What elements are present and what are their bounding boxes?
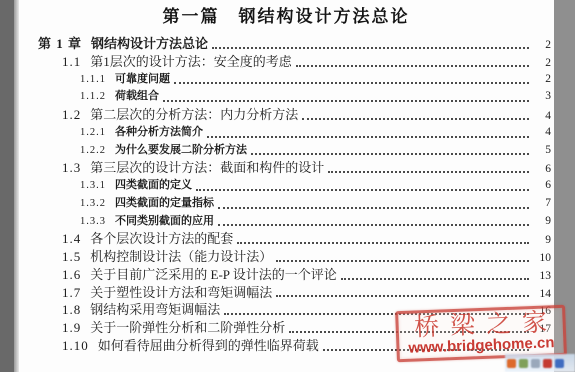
toc-entry-number: 1.2.2 bbox=[80, 142, 106, 160]
toc-entry-title: 不同类别截面的应用 bbox=[115, 213, 214, 231]
dotted-leader bbox=[276, 260, 529, 262]
toc-entry-title: 关于一阶弹性分析和二阶弹性分析 bbox=[90, 319, 285, 337]
toc-row: 1.2 第二层次的分析方法：内力分析方法 4 bbox=[19, 106, 553, 124]
fragment-icon bbox=[555, 359, 564, 368]
toc-entry-number: 1.1.1 bbox=[80, 71, 106, 89]
toc-entry-title: 四类截面的定量指标 bbox=[115, 195, 214, 213]
toc-entry-number: 1.2.1 bbox=[80, 124, 106, 142]
dotted-leader bbox=[251, 153, 529, 155]
toc-entry-title: 第1层次的设计方法：安全度的考虑 bbox=[90, 53, 292, 71]
toc-page-number: 4 bbox=[533, 124, 553, 142]
toc-page-number: 2 bbox=[533, 71, 553, 89]
toc-entry-title: 第三层次的设计方法：截面和构件的设计 bbox=[90, 159, 324, 177]
toc-row: 1.2.2 为什么要发展二阶分析方法 5 bbox=[19, 142, 553, 160]
toc-entry-number: 1.3.2 bbox=[80, 195, 106, 213]
toc-page-number: 10 bbox=[533, 250, 553, 268]
dotted-leader bbox=[237, 242, 529, 244]
dotted-leader bbox=[163, 100, 529, 102]
fragment-icon bbox=[507, 359, 516, 368]
dotted-leader bbox=[218, 207, 529, 209]
scan-border-left bbox=[0, 0, 14, 372]
toc-page-number: 14 bbox=[533, 286, 553, 304]
toc-entry-title: 机构控制设计法（能力设计法） bbox=[90, 248, 272, 266]
toc-page-number: 2 bbox=[533, 37, 553, 55]
toc-page-number: 9 bbox=[533, 232, 553, 250]
toc-row: 1.3.2 四类截面的定量指标 7 bbox=[19, 195, 553, 213]
dotted-leader bbox=[341, 278, 529, 280]
toc-page-number: 13 bbox=[533, 268, 553, 286]
toc-entry-number: 第 1 章 bbox=[38, 35, 82, 53]
dotted-leader bbox=[218, 224, 529, 226]
toc-entry-title: 关于目前广泛采用的 E-P 设计法的一个评论 bbox=[90, 266, 337, 284]
dotted-leader bbox=[196, 189, 529, 191]
toc-entry-number: 1.2 bbox=[62, 106, 81, 124]
toc-row: 1.1 第1层次的设计方法：安全度的考虑 2 bbox=[19, 53, 553, 71]
dotted-leader bbox=[212, 47, 529, 49]
toc-row: 1.3 第三层次的设计方法：截面和构件的设计 6 bbox=[19, 159, 553, 177]
toc-entry-number: 1.1 bbox=[62, 53, 81, 71]
toc-entry-number: 1.8 bbox=[62, 301, 81, 319]
toc-entry-number: 1.3.1 bbox=[80, 177, 106, 195]
dotted-leader bbox=[276, 295, 529, 297]
toc-row: 1.5 机构控制设计法（能力设计法） 10 bbox=[19, 248, 553, 266]
dotted-leader bbox=[207, 136, 529, 138]
toc-row: 1.3.1 四类截面的定义 6 bbox=[19, 177, 553, 195]
toc-row: 第 1 章 钢结构设计方法总论 2 bbox=[19, 35, 553, 53]
dotted-leader bbox=[174, 82, 529, 84]
toc-page-number: 7 bbox=[533, 195, 553, 213]
toc-row: 1.1.2 荷载组合 3 bbox=[19, 88, 553, 106]
toc-page-number: 9 bbox=[533, 213, 553, 231]
toc-row: 1.3.3 不同类别截面的应用 9 bbox=[19, 213, 553, 231]
toc-entry-number: 1.5 bbox=[62, 248, 81, 266]
toc-entry-title: 为什么要发展二阶分析方法 bbox=[115, 142, 247, 160]
toc-entry-title: 可靠度问题 bbox=[115, 71, 170, 89]
toc-entry-title: 荷载组合 bbox=[115, 88, 159, 106]
toc-page-number: 6 bbox=[533, 177, 553, 195]
taskbar-fragment bbox=[505, 354, 575, 372]
toc-entry-number: 1.4 bbox=[62, 230, 81, 248]
toc-entry-title: 第二层次的分析方法：内力分析方法 bbox=[90, 106, 298, 124]
toc-entry-title: 如何看待屈曲分析得到的弹性临界荷载 bbox=[98, 337, 319, 355]
fragment-icon bbox=[519, 359, 528, 368]
toc-entry-number: 1.10 bbox=[62, 337, 89, 355]
toc-row: 1.1.1 可靠度问题 2 bbox=[19, 71, 553, 89]
toc-entry-title: 各种分析方法简介 bbox=[115, 124, 203, 142]
dotted-leader bbox=[302, 118, 529, 120]
toc-entry-number: 1.3 bbox=[62, 159, 81, 177]
toc-row: 1.7 关于塑性设计方法和弯矩调幅法 14 bbox=[19, 284, 553, 302]
toc-row: 1.4 各个层次设计方法的配套 9 bbox=[19, 230, 553, 248]
toc-entry-number: 1.3.3 bbox=[80, 213, 106, 231]
toc-entry-number: 1.9 bbox=[62, 319, 81, 337]
fragment-icon bbox=[543, 359, 552, 368]
toc-entry-number: 1.7 bbox=[62, 284, 81, 302]
toc-page-number: 3 bbox=[533, 88, 553, 106]
toc-entry-title: 四类截面的定义 bbox=[115, 177, 192, 195]
toc-page-number: 5 bbox=[533, 142, 553, 160]
toc-entry-number: 1.6 bbox=[62, 266, 81, 284]
toc-entry-title: 关于塑性设计方法和弯矩调幅法 bbox=[90, 284, 272, 302]
toc-row: 1.2.1 各种分析方法简介 4 bbox=[19, 124, 553, 142]
dotted-leader bbox=[296, 65, 529, 67]
fragment-icon bbox=[531, 359, 540, 368]
toc-entry-number: 1.1.2 bbox=[80, 88, 106, 106]
dotted-leader bbox=[328, 171, 529, 173]
part-title: 第一篇 钢结构设计方法总论 bbox=[19, 5, 553, 29]
toc-entry-title: 钢结构设计方法总论 bbox=[91, 35, 208, 53]
toc-entry-title: 各个层次设计方法的配套 bbox=[90, 230, 233, 248]
toc-row: 1.6 关于目前广泛采用的 E-P 设计法的一个评论 13 bbox=[19, 266, 553, 284]
toc-list: 第 1 章 钢结构设计方法总论 2 1.1 第1层次的设计方法：安全度的考虑 2… bbox=[19, 35, 553, 355]
toc-entry-title: 钢结构采用弯矩调幅法 bbox=[90, 301, 220, 319]
